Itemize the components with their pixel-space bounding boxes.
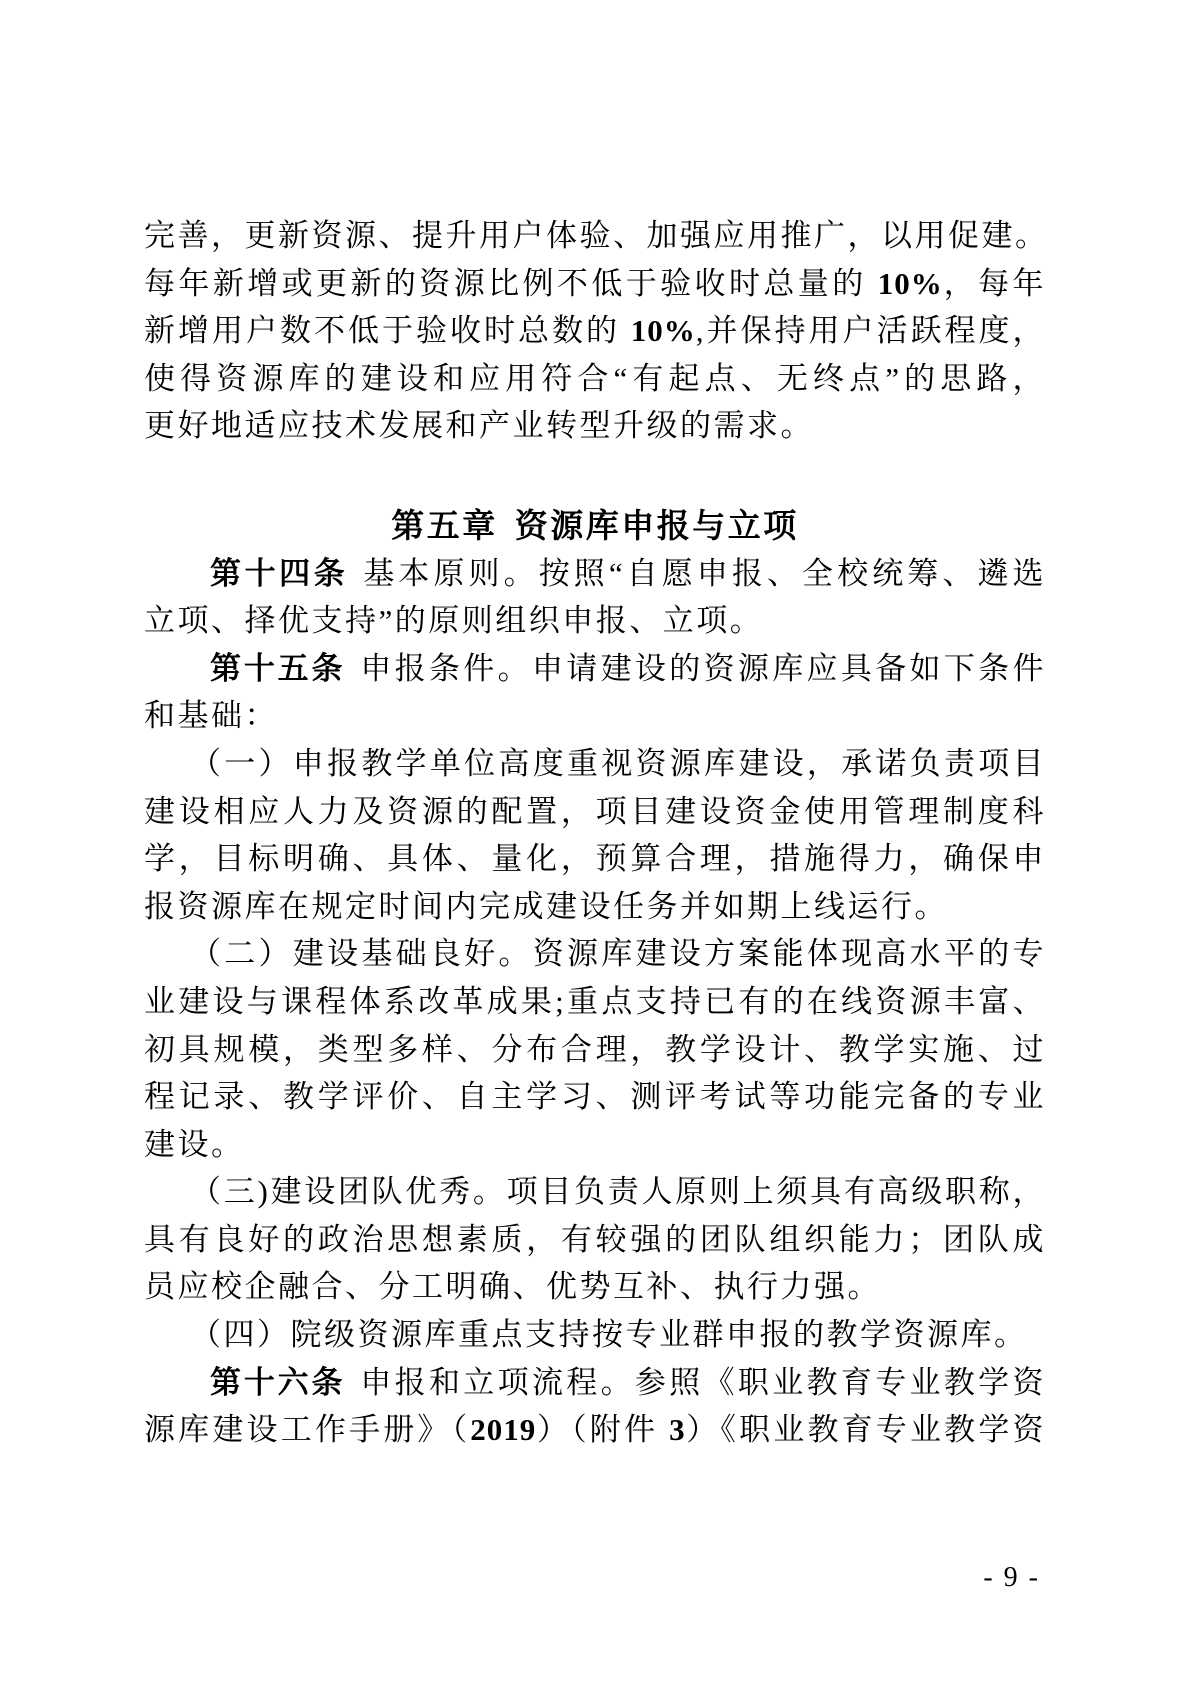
text-line: 第十六条申报和立项流程。参照《职业教育专业教学资 — [144, 1359, 1046, 1407]
chapter-number: 第五章 — [391, 507, 498, 544]
article-label: 第十四条 — [210, 556, 348, 591]
document-page: 完善，更新资源、提升用户体验、加强应用推广，以用促建。 每年新增或更新的资源比例… — [0, 0, 1190, 1683]
article-15: 第十五条申报条件。申请建设的资源库应具备如下条件 和基础： — [144, 645, 1046, 740]
text-line: 报资源库在规定时间内完成建设任务并如期上线运行。 — [144, 883, 1046, 931]
text-line: 和基础： — [144, 692, 1046, 740]
paragraph-continuation: 完善，更新资源、提升用户体验、加强应用推广，以用促建。 每年新增或更新的资源比例… — [144, 212, 1046, 450]
text-run: ）《职业教育专业教学资 — [686, 1412, 1046, 1447]
article-label: 第十六条 — [210, 1365, 345, 1400]
text-run: ,并保持用户活跃程度， — [696, 313, 1046, 348]
text-run: 基本原则。按照“自愿申报、全校统筹、遴选 — [363, 556, 1046, 591]
article-label: 第十五条 — [210, 651, 345, 686]
text-run: ，每年 — [943, 266, 1046, 301]
chapter-title: 资源库申报与立项 — [515, 507, 799, 544]
article-16: 第十六条申报和立项流程。参照《职业教育专业教学资 源库建设工作手册》（2019）… — [144, 1359, 1046, 1454]
bold-number: 10% — [878, 266, 943, 301]
article-14: 第十四条基本原则。按照“自愿申报、全校统筹、遴选 立项、择优支持”的原则组织申报… — [144, 550, 1046, 645]
text-line: 每年新增或更新的资源比例不低于验收时总量的 10%，每年 — [144, 260, 1046, 308]
text-line: （四）院级资源库重点支持按专业群申报的教学资源库。 — [144, 1311, 1046, 1359]
text-line: 初具规模，类型多样、分布合理，教学设计、教学实施、过 — [144, 1026, 1046, 1074]
text-run: ）（附件 — [536, 1412, 669, 1447]
item-4: （四）院级资源库重点支持按专业群申报的教学资源库。 — [144, 1311, 1046, 1359]
text-line: 第十五条申报条件。申请建设的资源库应具备如下条件 — [144, 645, 1046, 693]
text-line: （二）建设基础良好。资源库建设方案能体现高水平的专 — [144, 930, 1046, 978]
text-line: 建设。 — [144, 1121, 1046, 1169]
item-2: （二）建设基础良好。资源库建设方案能体现高水平的专 业建设与课程体系改革成果;重… — [144, 930, 1046, 1168]
text-line: 使得资源库的建设和应用符合“有起点、无终点”的思路， — [144, 355, 1046, 403]
text-line: 员应校企融合、分工明确、优势互补、执行力强。 — [144, 1263, 1046, 1311]
text-run: 源库建设工作手册》（ — [144, 1412, 470, 1447]
text-line: （三)建设团队优秀。项目负责人原则上须具有高级职称， — [144, 1168, 1046, 1216]
text-line: 业建设与课程体系改革成果;重点支持已有的在线资源丰富、 — [144, 978, 1046, 1026]
text-line: 第十四条基本原则。按照“自愿申报、全校统筹、遴选 — [144, 550, 1046, 598]
text-line: 更好地适应技术发展和产业转型升级的需求。 — [144, 402, 1046, 450]
text-line: 源库建设工作手册》（2019）（附件 3）《职业教育专业教学资 — [144, 1406, 1046, 1454]
text-line: 具有良好的政治思想素质，有较强的团队组织能力；团队成 — [144, 1216, 1046, 1264]
text-line: 建设相应人力及资源的配置，项目建设资金使用管理制度科 — [144, 788, 1046, 836]
chapter-heading: 第五章资源库申报与立项 — [144, 502, 1046, 550]
text-line: 新增用户数不低于验收时总数的 10%,并保持用户活跃程度， — [144, 307, 1046, 355]
item-3: （三)建设团队优秀。项目负责人原则上须具有高级职称， 具有良好的政治思想素质，有… — [144, 1168, 1046, 1311]
text-column: 完善，更新资源、提升用户体验、加强应用推广，以用促建。 每年新增或更新的资源比例… — [144, 0, 1046, 1454]
item-1: （一）申报教学单位高度重视资源库建设，承诺负责项目 建设相应人力及资源的配置，项… — [144, 740, 1046, 930]
text-line: 程记录、教学评价、自主学习、测评考试等功能完备的专业 — [144, 1073, 1046, 1121]
text-line: 立项、择优支持”的原则组织申报、立项。 — [144, 597, 1046, 645]
page-number: - 9 - — [983, 1562, 1040, 1594]
bold-number: 3 — [669, 1412, 686, 1447]
text-run: 申报条件。申请建设的资源库应具备如下条件 — [360, 651, 1046, 686]
text-line: （一）申报教学单位高度重视资源库建设，承诺负责项目 — [144, 740, 1046, 788]
bold-number: 2019 — [470, 1412, 536, 1447]
text-run: 每年新增或更新的资源比例不低于验收时总量的 — [144, 266, 878, 301]
text-run: 申报和立项流程。参照《职业教育专业教学资 — [360, 1365, 1046, 1400]
text-line: 学，目标明确、具体、量化，预算合理，措施得力，确保申 — [144, 835, 1046, 883]
text-line: 完善，更新资源、提升用户体验、加强应用推广，以用促建。 — [144, 212, 1046, 260]
text-run: 新增用户数不低于验收时总数的 — [144, 313, 631, 348]
bold-number: 10% — [631, 313, 696, 348]
